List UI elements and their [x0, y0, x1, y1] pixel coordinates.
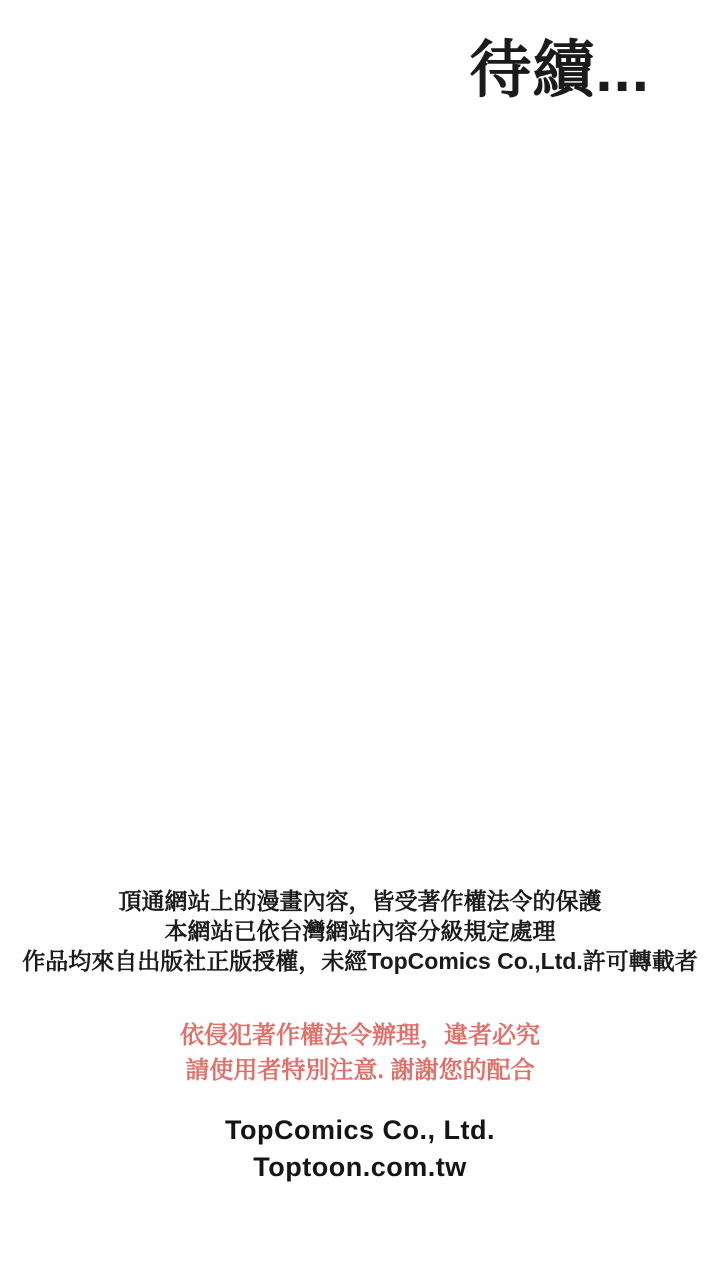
copyright-line-3: 作品均來自出版社正版授權，未經TopComics Co.,Ltd.許可轉載者 [0, 946, 720, 976]
infringement-warning: 依侵犯著作權法令辦理，違者必究 請使用者特別注意. 謝謝您的配合 [0, 1018, 720, 1088]
company-name: TopComics Co., Ltd. [0, 1112, 720, 1149]
to-be-continued-text: 待續... [469, 40, 650, 102]
copyright-line-1: 頂通網站上的漫畫內容，皆受著作權法令的保護 [0, 886, 720, 916]
publisher-footer: TopComics Co., Ltd. Toptoon.com.tw [0, 1112, 720, 1186]
warning-line-1: 依侵犯著作權法令辦理，違者必究 [0, 1018, 720, 1053]
website-url: Toptoon.com.tw [0, 1149, 720, 1186]
copyright-line-2: 本網站已依台灣網站內容分級規定處理 [0, 916, 720, 946]
comic-end-page: 待續... 頂通網站上的漫畫內容，皆受著作權法令的保護 本網站已依台灣網站內容分… [0, 0, 720, 1282]
copyright-notice: 頂通網站上的漫畫內容，皆受著作權法令的保護 本網站已依台灣網站內容分級規定處理 … [0, 886, 720, 976]
warning-line-2: 請使用者特別注意. 謝謝您的配合 [0, 1053, 720, 1088]
